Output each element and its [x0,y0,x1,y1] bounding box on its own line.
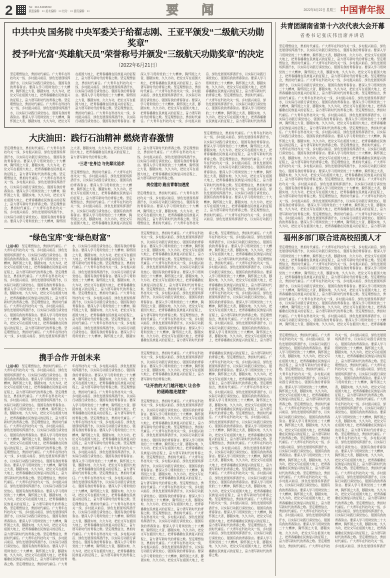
fuzhou-headline: 福州多部门联合进高校招揽人才 [279,235,386,243]
article-hunan: 共青团湖南省第十六次代表大会开幕 省委书记张庆伟出席并讲话 坚定理想信念，勇担时… [279,23,386,230]
header-left: 2 Tel：010-64098333 版面编辑：×× 美术编辑：×× 校对：××… [5,3,155,17]
daqing-subhead-1: “三老”在身边 与先辈比追求 [73,162,131,167]
page-number: 2 [5,3,13,17]
body-text: 坚定理想信念，勇担时代重任。广大青年在科技攻关一线、乡村振兴前沿、绿色发展现场挥… [279,333,386,548]
article-green-band: “绿色宝库”变“绿色财富” （上接1版） 坚定理想信念，勇担时代重任。广大青年在… [4,231,272,346]
box-bottom-rule [279,330,386,331]
section-divider [4,228,272,229]
cooperate-pullquote: “让开放的大门越开越大 让合作的道路越走越宽” [144,383,201,395]
decision-headline-line2: 授予叶光富“英雄航天员”荣誉称号并颁发“三级航天功勋奖章”的决定 [10,49,266,60]
header-right: 2022年6月22日 星期三 中国青年报 [235,3,385,16]
body-text: 坚定理想信念，勇担时代重任。广大青年在科技攻关一线、乡村振兴前沿、绿色发展现场挥… [141,231,273,342]
body-text: 坚定理想信念，勇担时代重任。广大青年在科技攻关一线、乡村振兴前沿、绿色发展现场挥… [4,364,136,566]
green-headline: “绿色宝库”变“绿色财富” [4,233,136,242]
subtitle-divider [287,41,378,42]
masthead-logo: 中国青年报 [340,3,385,16]
article-decision: 中共中央 国务院 中央军委关于给翟志刚、王亚平颁发“二级航天功勋奖章” 授予叶光… [4,22,272,128]
article-cooperate-band: 携手合作 开创未来 （上接1版） 坚定理想信念，勇担时代重任。广大青年在科技攻关… [4,351,272,567]
adjacent-body: 坚定理想信念，勇担时代重任。广大青年在科技攻关一线、乡村振兴前沿、绿色发展现场挥… [141,351,273,565]
hunan-body: 坚定理想信念，勇担时代重任。广大青年在科技攻关一线、乡村振兴前沿、绿色发展现场挥… [279,44,386,230]
body-text: 坚定理想信念，勇担时代重任。广大青年在科技攻关一线、乡村振兴前沿、绿色发展现场挥… [279,44,386,228]
daqing-subhead-2: 岗位建功 跑出青春加速度 [139,183,197,188]
header-meta-line1: Tel：010-64098333 [29,6,90,9]
body-text: 坚定理想信念，勇担时代重任。广大青年在科技攻关一线、乡村振兴前沿、绿色发展现场挥… [10,72,266,123]
adjacent-body: 坚定理想信念，勇担时代重任。广大青年在科技攻关一线、乡村振兴前沿、绿色发展现场挥… [141,231,273,346]
decision-body: 坚定理想信念，勇担时代重任。广大青年在科技攻关一线、乡村振兴前沿、绿色发展现场挥… [10,72,266,124]
cooperate-adjacent-columns: 坚定理想信念，勇担时代重任。广大青年在科技攻关一线、乡村振兴前沿、绿色发展现场挥… [141,351,273,567]
decision-headline-line1: 中共中央 国务院 中央军委关于给翟志刚、王亚平颁发“二级航天功勋奖章” [10,27,266,49]
body-text: 坚定理想信念，勇担时代重任。广大青年在科技攻关一线、乡村振兴前沿、绿色发展现场挥… [4,244,136,338]
daqing-side-column: 坚定理想信念，勇担时代重任。广大青年在科技攻关一线、乡村振兴前沿、绿色发展现场挥… [204,131,272,226]
page-content: 中共中央 国务院 中央军委关于给翟志刚、王亚平颁发“二级航天功勋奖章” 授予叶光… [0,19,390,576]
article-fuzhou: 福州多部门联合进高校招揽人才 坚定理想信念，勇担时代重任。广大青年在科技攻关一线… [279,235,386,328]
body-text: 坚定理想信念，勇担时代重任。广大青年在科技攻关一线、乡村振兴前沿、绿色发展现场挥… [204,131,272,221]
article-green: “绿色宝库”变“绿色财富” （上接1版） 坚定理想信念，勇担时代重任。广大青年在… [4,231,136,346]
qr-code-icon [16,5,26,15]
sidebar-column: 共青团湖南省第十六次代表大会开幕 省委书记张庆伟出席并讲话 坚定理想信念，勇担时… [279,22,386,576]
green-adjacent-columns: 坚定理想信念，勇担时代重任。广大青年在科技攻关一线、乡村振兴前沿、绿色发展现场挥… [141,231,273,346]
header-meta: Tel：010-64098333 版面编辑：×× 美术编辑：×× 校对：×× 值… [29,6,90,13]
box-top-rule [279,232,386,233]
cooperate-body: （上接1版） 坚定理想信念，勇担时代重任。广大青年在科技攻关一线、乡村振兴前沿、… [4,364,136,567]
article-cooperate: 携手合作 开创未来 （上接1版） 坚定理想信念，勇担时代重任。广大青年在科技攻关… [4,351,136,567]
cooperate-headline: 携手合作 开创未来 [4,353,136,362]
article-daqing: 大庆油田：践行石油精神 燃烧青春激情 坚定理想信念，勇担时代重任。广大青年在科技… [4,131,272,226]
hunan-subtitle: 省委书记张庆伟出席并讲话 [279,33,386,39]
daqing-body: 坚定理想信念，勇担时代重任。广大青年在科技攻关一线、乡村振兴前沿、绿色发展现场挥… [4,146,199,226]
vertical-divider [275,22,276,576]
body-text: 坚定理想信念，勇担时代重任。广大青年在科技攻关一线、乡村振兴前沿、绿色发展现场挥… [141,351,204,381]
page-header: 2 Tel：010-64098333 版面编辑：×× 美术编辑：×× 校对：××… [0,0,390,19]
sidebar-bottom-body: 坚定理想信念，勇担时代重任。广大青年在科技攻关一线、乡村振兴前沿、绿色发展现场挥… [279,333,386,549]
daqing-headline: 大庆油田：践行石油精神 燃烧青春激情 [4,133,199,143]
section-divider [4,348,272,349]
main-column-area: 中共中央 国务院 中央军委关于给翟志刚、王亚平颁发“二级航天功勋奖章” 授予叶光… [4,22,272,576]
daqing-side-body: 坚定理想信念，勇担时代重任。广大青年在科技攻关一线、乡村振兴前沿、绿色发展现场挥… [204,131,272,223]
date-text: 2022年6月22日 星期三 [304,7,336,12]
green-body: （上接1版） 坚定理想信念，勇担时代重任。广大青年在科技攻关一线、乡村振兴前沿、… [4,244,136,341]
decision-dateline: （2022年6月21日） [10,62,266,69]
newspaper-page: 2 Tel：010-64098333 版面编辑：×× 美术编辑：×× 校对：××… [0,0,390,578]
body-text: 坚定理想信念，勇担时代重任。广大青年在科技攻关一线、乡村振兴前沿、绿色发展现场挥… [279,245,386,326]
section-title: 要 闻 [155,1,235,18]
fuzhou-body: 坚定理想信念，勇担时代重任。广大青年在科技攻关一线、乡村振兴前沿、绿色发展现场挥… [279,245,386,328]
daqing-main: 大庆油田：践行石油精神 燃烧青春激情 坚定理想信念，勇担时代重任。广大青年在科技… [4,131,199,226]
header-meta-line2: 版面编辑：×× 美术编辑：×× 校对：×× 值班编辑：×× [29,10,90,13]
sidebar-bottom-article: 坚定理想信念，勇担时代重任。广大青年在科技攻关一线、乡村振兴前沿、绿色发展现场挥… [279,333,386,549]
hunan-headline: 共青团湖南省第十六次代表大会开幕 [279,23,386,31]
